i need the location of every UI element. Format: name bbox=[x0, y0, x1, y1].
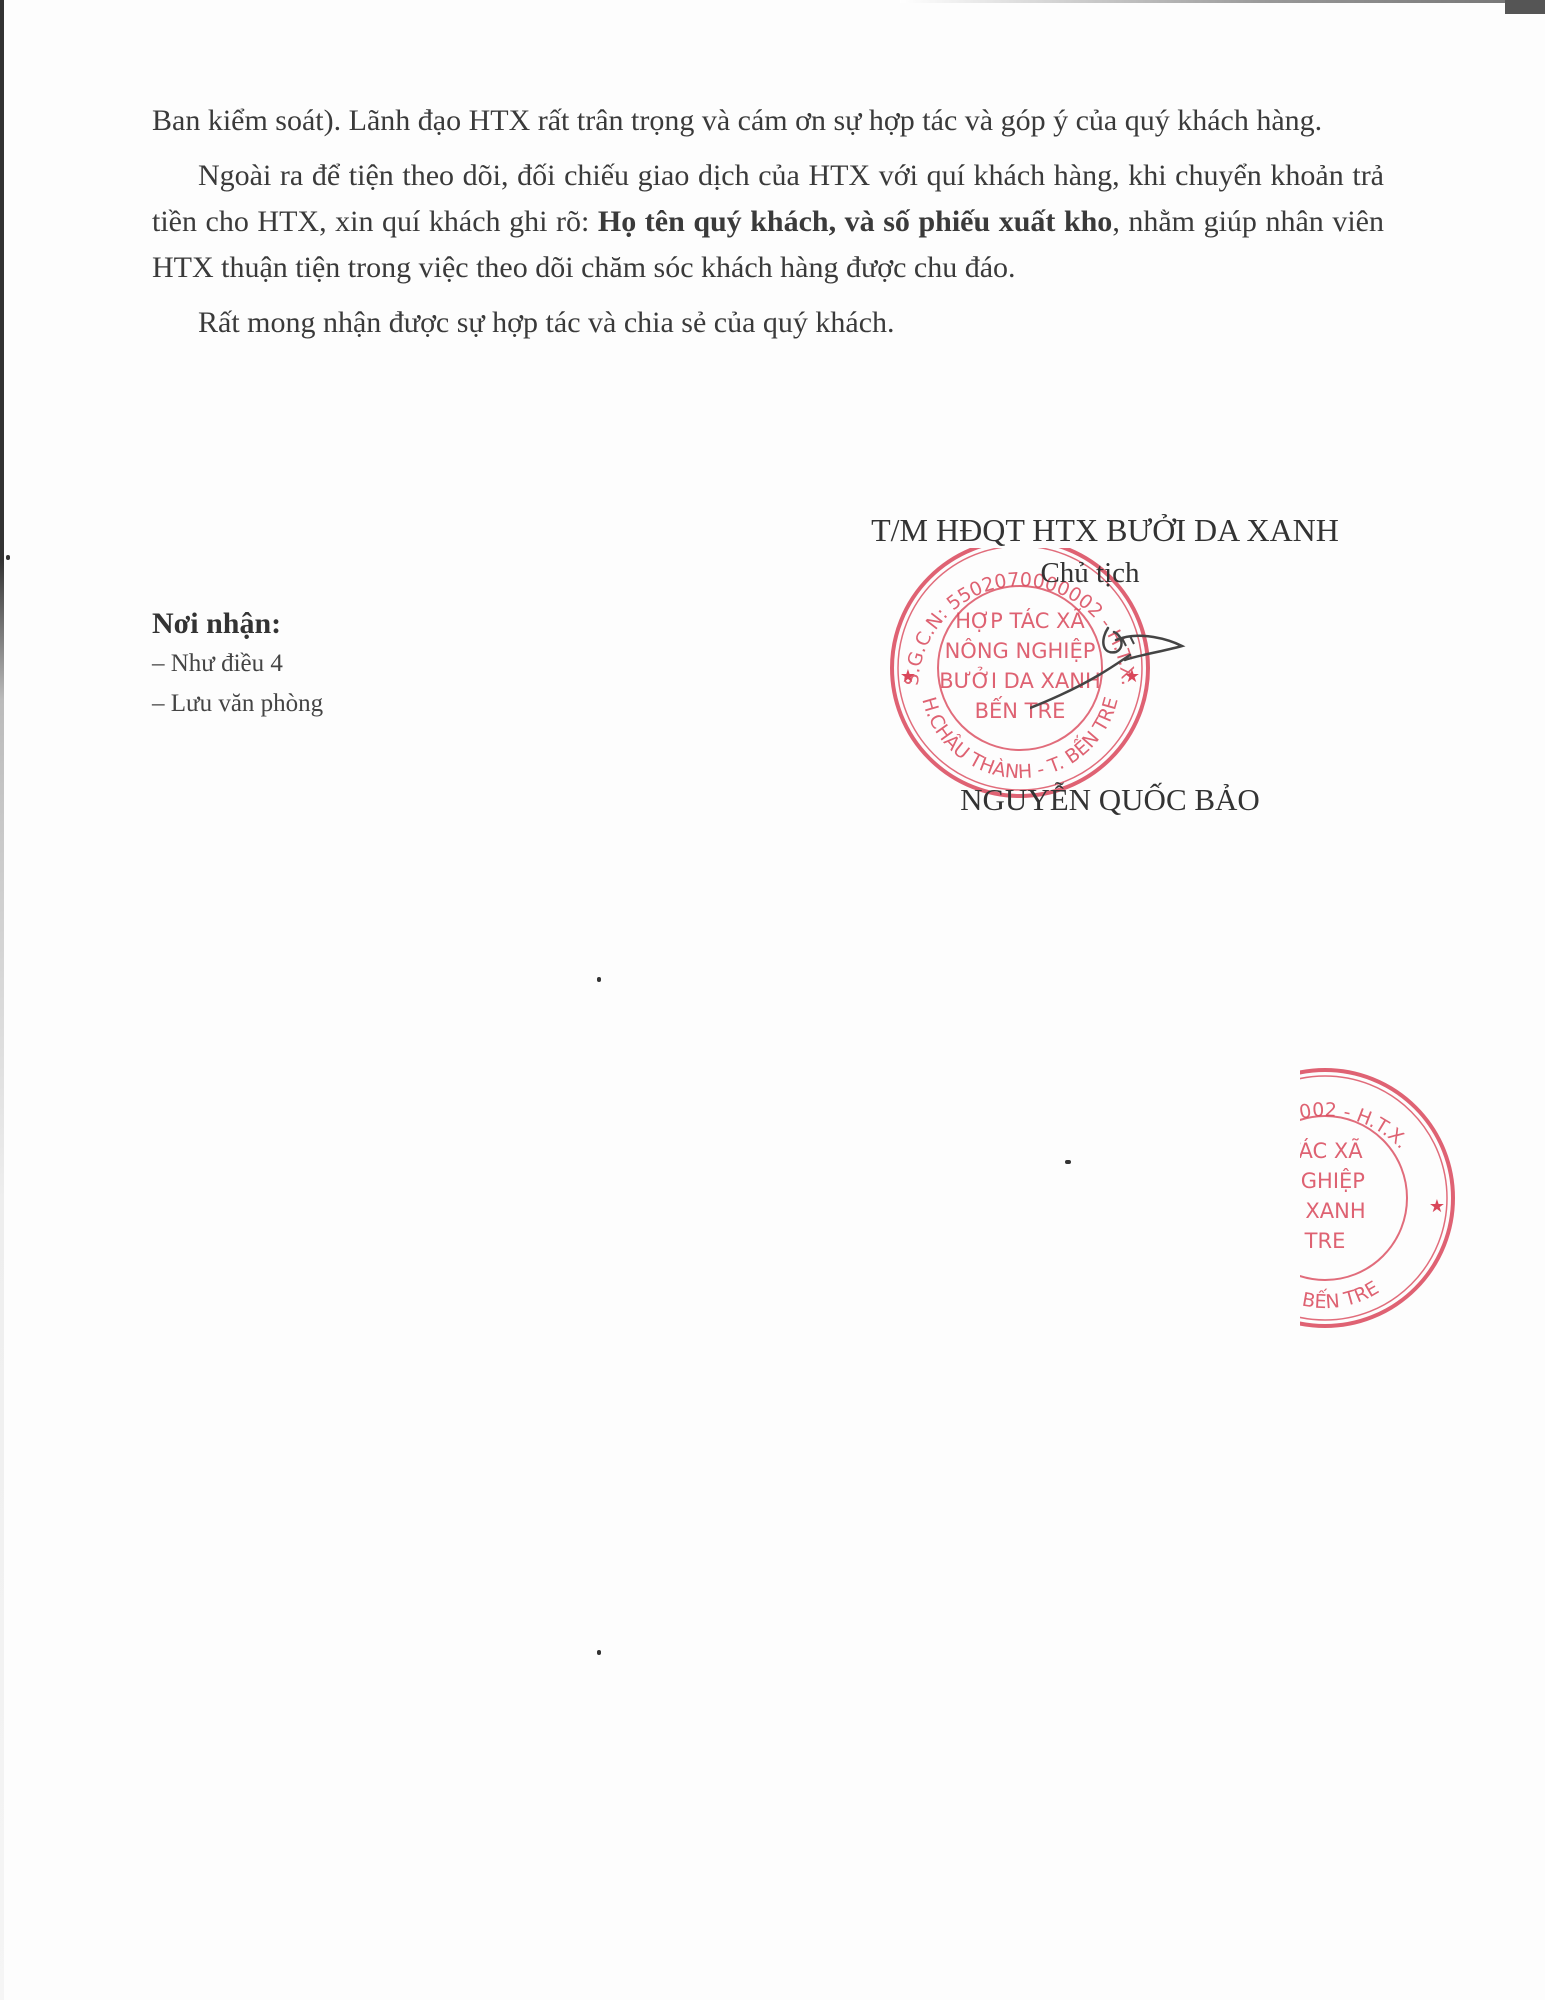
scan-speck bbox=[597, 977, 601, 982]
scan-speck bbox=[1065, 1160, 1071, 1164]
svg-text:A XANH: A XANH bbox=[1300, 1199, 1366, 1223]
paragraph-text: Ban kiểm soát). Lãnh đạo HTX rất trân tr… bbox=[152, 104, 1322, 137]
scan-speck bbox=[6, 555, 10, 560]
body-paragraph: Ngoài ra để tiện theo dõi, đối chiếu gia… bbox=[152, 153, 1384, 291]
recipient-item: – Như điều 4 bbox=[152, 644, 323, 684]
scan-speck bbox=[597, 1650, 601, 1655]
svg-text:TÁC XÃ: TÁC XÃ bbox=[1300, 1137, 1363, 1163]
svg-text:★: ★ bbox=[900, 666, 916, 686]
scan-corner-mark bbox=[1505, 0, 1545, 14]
signer-name: NGUYỄN QUỐC BẢO bbox=[920, 780, 1300, 820]
paragraph-text: Rất mong nhận được sự hợp tác và chia sẻ… bbox=[198, 306, 895, 339]
recipients-title: Nơi nhận: bbox=[152, 604, 323, 644]
svg-text:- T. BẾN TRE: - T. BẾN TRE bbox=[1300, 1277, 1383, 1313]
signature-role: Chủ tịch bbox=[990, 555, 1190, 591]
signature-on-behalf: T/M HĐQT HTX BƯỞI DA XANH bbox=[845, 510, 1365, 550]
svg-text:★: ★ bbox=[1429, 1196, 1445, 1216]
body-paragraph: Ban kiểm soát). Lãnh đạo HTX rất trân tr… bbox=[152, 98, 1384, 144]
scan-edge-left bbox=[0, 0, 4, 2000]
svg-text:NGHIỆP: NGHIỆP bbox=[1300, 1168, 1365, 1193]
partial-seal-stamp: 07000002 - H.T.X.- T. BẾN TRETÁC XÃNGHIỆ… bbox=[1300, 1066, 1460, 1336]
handwritten-signature bbox=[1030, 600, 1190, 725]
recipients-section: Nơi nhận: – Như điều 4 – Lưu văn phòng bbox=[152, 604, 323, 724]
svg-text:TRE: TRE bbox=[1304, 1229, 1346, 1253]
letter-body: Ban kiểm soát). Lãnh đạo HTX rất trân tr… bbox=[152, 98, 1384, 355]
scan-edge-top bbox=[900, 0, 1510, 3]
recipient-item: – Lưu văn phòng bbox=[152, 684, 323, 724]
body-paragraph: Rất mong nhận được sự hợp tác và chia sẻ… bbox=[152, 300, 1384, 346]
emphasized-text: Họ tên quý khách, và số phiếu xuất kho bbox=[598, 205, 1112, 238]
